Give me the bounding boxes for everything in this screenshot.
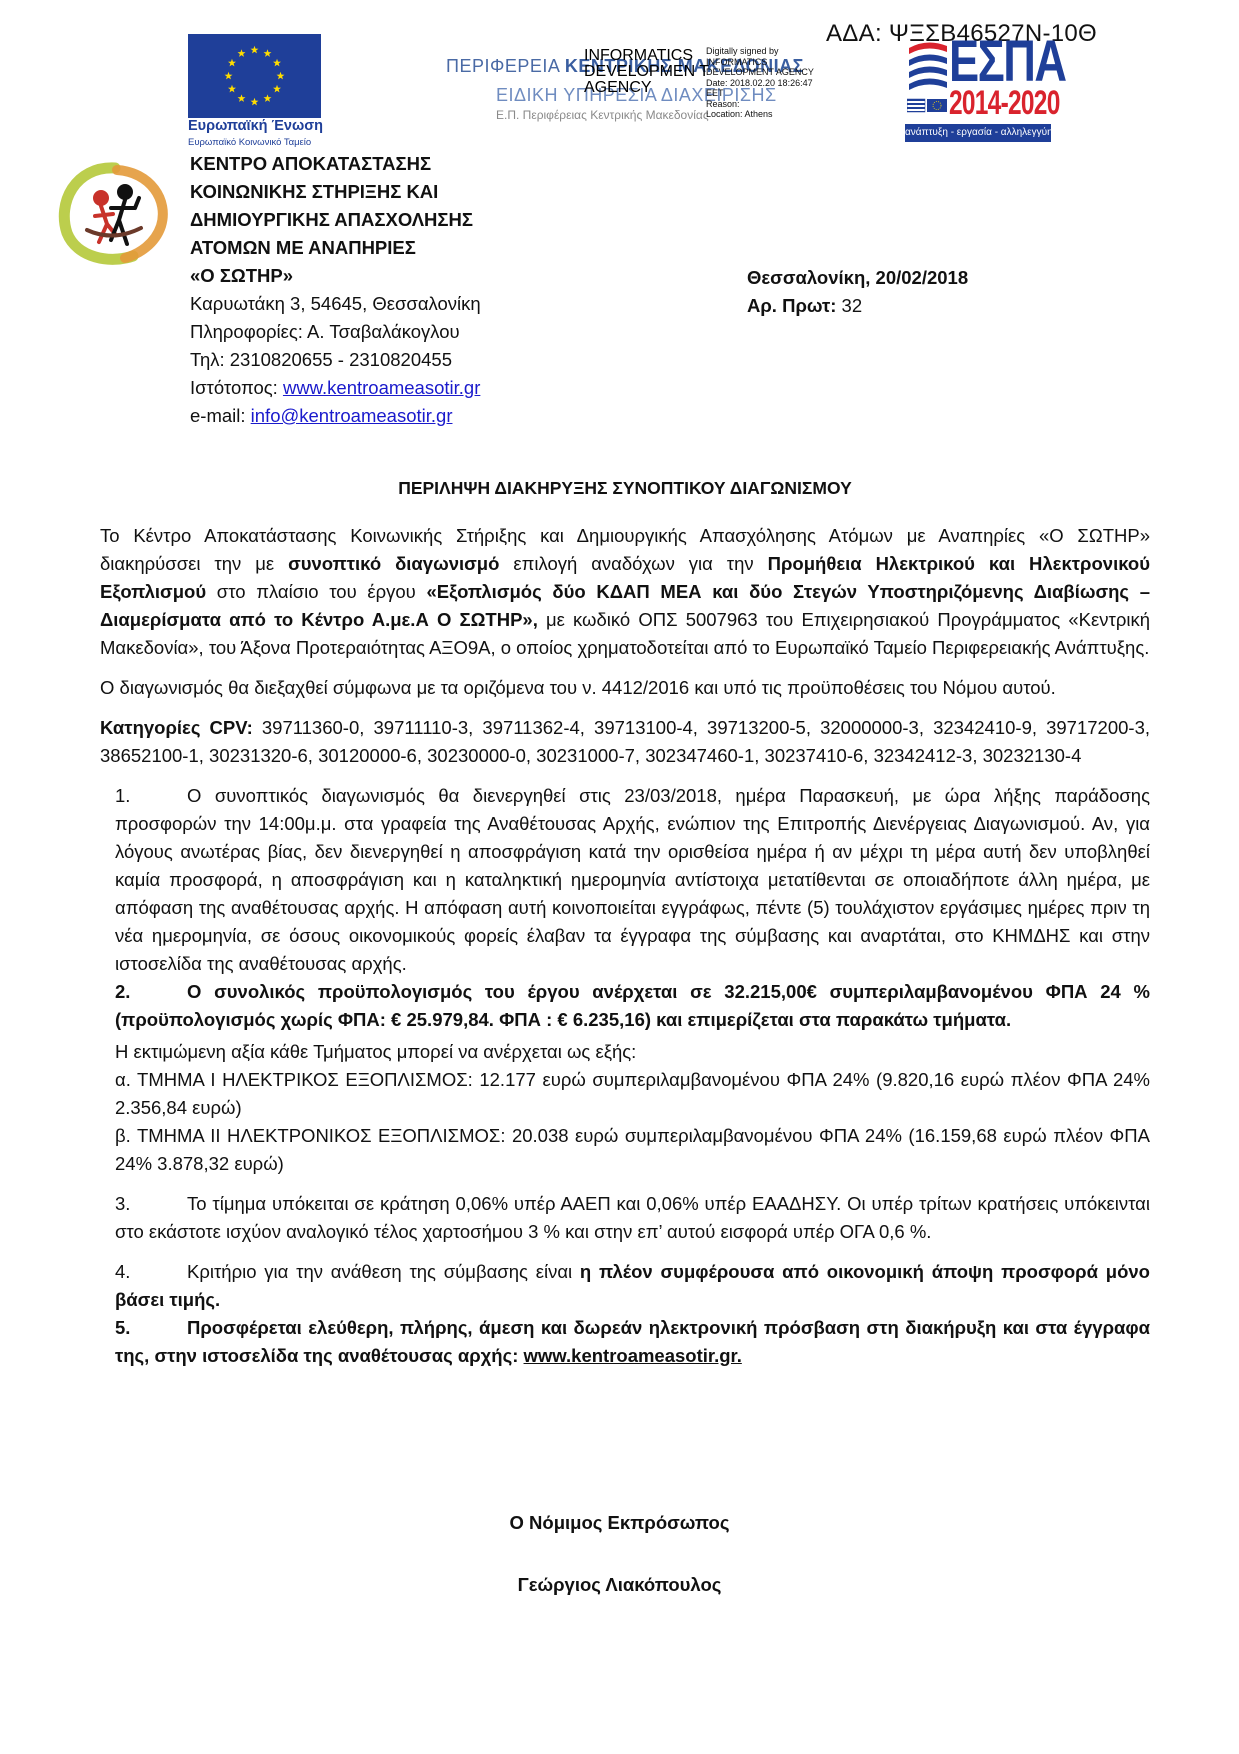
website-label: Ιστότοπος: bbox=[190, 377, 283, 398]
intro-bold: συνοπτικό διαγωνισμό bbox=[288, 553, 499, 574]
signature-line: Location: Athens bbox=[706, 109, 814, 120]
list-item-4: 4.Κριτήριο για την ανάθεση της σύμβασης … bbox=[100, 1258, 1150, 1314]
espa-logo: ΕΣΠΑ 2014-2020 ανάπτυξη - εργασία - αλλη… bbox=[905, 36, 1053, 142]
organization-contact-person: Πληροφορίες: Α. Τσαβαλάκογλου bbox=[190, 318, 640, 346]
eu-logo-subtitle: Ευρωπαϊκό Κοινωνικό Ταμείο bbox=[188, 137, 311, 148]
law-paragraph: Ο διαγωνισμός θα διεξαχθεί σύμφωνα με τα… bbox=[100, 674, 1150, 702]
list-item-5: 5.Προσφέρεται ελεύθερη, πλήρης, άμεση κα… bbox=[100, 1314, 1150, 1370]
lot-item: β. ΤΜΗΜΑ ΙΙ ΗΛΕΚΤΡΟΝΙΚΟΣ ΕΞΟΠΛΙΣΜΟΣ: 20.… bbox=[100, 1122, 1150, 1178]
document-title: ΠΕΡΙΛΗΨΗ ΔΙΑΚΗΡΥΞΗΣ ΣΥΝΟΠΤΙΚΟΥ ΔΙΑΓΩΝΙΣΜ… bbox=[100, 474, 1150, 502]
item-number: 5. bbox=[115, 1314, 187, 1342]
organization-address: Καρυωτάκη 3, 54645, Θεσσαλονίκη bbox=[190, 290, 640, 318]
cpv-label: Κατηγορίες CPV: bbox=[100, 717, 253, 738]
organization-logo bbox=[55, 158, 173, 268]
intro-paragraph: Το Κέντρο Αποκατάστασης Κοινωνικής Στήρι… bbox=[100, 522, 1150, 662]
email-label: e-mail: bbox=[190, 405, 251, 426]
item-number: 4. bbox=[115, 1258, 187, 1286]
intro-text: στο πλαίσιο του έργου bbox=[206, 581, 426, 602]
list-item-2: 2.Ο συνολικός προϋπολογισμός του έργου α… bbox=[100, 978, 1150, 1034]
date-protocol-block: Θεσσαλονίκη, 20/02/2018 Αρ. Πρωτ: 32 bbox=[747, 264, 968, 320]
signoff-role: Ο Νόμιμος Εκπρόσωπος bbox=[0, 1512, 1239, 1534]
organization-name-line: ΚΕΝΤΡΟ ΑΠΟΚΑΤΑΣΤΑΣΗΣ bbox=[190, 150, 640, 178]
lot-item: α. ΤΜΗΜΑ Ι ΗΛΕΚΤΡΙΚΟΣ ΕΞΟΠΛΙΣΜΟΣ: 12.177… bbox=[100, 1066, 1150, 1122]
organization-name-line: «Ο ΣΩΤΗΡ» bbox=[190, 262, 640, 290]
digital-signature-details: Digitally signed by INFORMATICS DEVELOPM… bbox=[706, 46, 814, 120]
item-text: Ο συνολικός προϋπολογισμός του έργου ανέ… bbox=[115, 981, 1150, 1030]
espa-logo-motto: ανάπτυξη - εργασία - αλληλεγγύη bbox=[905, 124, 1051, 142]
greek-flag-wave-icon bbox=[905, 38, 949, 98]
region-logo-line1: ΠΕΡΙΦΕΡΕΙΑ bbox=[446, 56, 565, 76]
signature-line: Reason: bbox=[706, 99, 814, 110]
website-link[interactable]: www.kentroameasotir.gr bbox=[283, 377, 480, 398]
email-link[interactable]: info@kentroameasotir.gr bbox=[251, 405, 453, 426]
list-item-1: 1.Ο συνοπτικός διαγωνισμός θα διενεργηθε… bbox=[100, 782, 1150, 978]
website-link[interactable]: www.kentroameasotir.gr. bbox=[524, 1345, 742, 1366]
greek-eu-flags-icon bbox=[907, 96, 949, 116]
item-number: 1. bbox=[115, 782, 187, 810]
organization-name-line: ΔΗΜΙΟΥΡΓΙΚΗΣ ΑΠΑΣΧΟΛΗΣΗΣ bbox=[190, 206, 640, 234]
intro-text: επιλογή αναδόχων για την bbox=[499, 553, 767, 574]
lots-intro: Η εκτιμώμενη αξία κάθε Τμήματος μπορεί ν… bbox=[100, 1038, 1150, 1066]
cpv-codes: 39711360-0, 39711110-3, 39711362-4, 3971… bbox=[100, 717, 1150, 766]
region-logo-line3: Ε.Π. Περιφέρειας Κεντρικής Μακεδονίας bbox=[496, 108, 709, 122]
item-text: Κριτήριο για την ανάθεση της σύμβασης εί… bbox=[187, 1261, 580, 1282]
signature-line: DEVELOPMENT AGENCY bbox=[706, 67, 814, 78]
espa-logo-years: 2014-2020 bbox=[949, 84, 1060, 123]
signoff-name: Γεώργιος Λιακόπουλος bbox=[0, 1574, 1239, 1596]
protocol-number: 32 bbox=[836, 295, 862, 316]
digital-signature-signer: INFORMATICS DEVELOPMEN T AGENCY bbox=[584, 48, 714, 96]
signature-line: EET bbox=[706, 88, 814, 99]
item-number: 3. bbox=[115, 1190, 187, 1218]
document-body: ΠΕΡΙΛΗΨΗ ΔΙΑΚΗΡΥΞΗΣ ΣΥΝΟΠΤΙΚΟΥ ΔΙΑΓΩΝΙΣΜ… bbox=[100, 474, 1150, 1370]
signature-line: Digitally signed by bbox=[706, 46, 814, 57]
item-number: 2. bbox=[115, 978, 187, 1006]
eu-flag-icon bbox=[188, 34, 321, 118]
organization-phone: Τηλ: 2310820655 - 2310820455 bbox=[190, 346, 640, 374]
item-text: Ο συνοπτικός διαγωνισμός θα διενεργηθεί … bbox=[115, 785, 1150, 974]
protocol-label: Αρ. Πρωτ: bbox=[747, 295, 836, 316]
item-text: Το τίμημα υπόκειται σε κράτηση 0,06% υπέ… bbox=[115, 1193, 1150, 1242]
organization-name-line: ΑΤΟΜΩΝ ΜΕ ΑΝΑΠΗΡΙΕΣ bbox=[190, 234, 640, 262]
eu-logo-title: Ευρωπαϊκή Ένωση bbox=[188, 118, 328, 134]
signature-line: INFORMATICS bbox=[706, 57, 814, 68]
cpv-paragraph: Κατηγορίες CPV: 39711360-0, 39711110-3, … bbox=[100, 714, 1150, 770]
organization-name-line: ΚΟΙΝΩΝΙΚΗΣ ΣΤΗΡΙΞΗΣ ΚΑΙ bbox=[190, 178, 640, 206]
organization-header: ΚΕΝΤΡΟ ΑΠΟΚΑΤΑΣΤΑΣΗΣ ΚΟΙΝΩΝΙΚΗΣ ΣΤΗΡΙΞΗΣ… bbox=[190, 150, 640, 430]
signature-line: Date: 2018.02.20 18:26:47 bbox=[706, 78, 814, 89]
list-item-3: 3.Το τίμημα υπόκειται σε κράτηση 0,06% υ… bbox=[100, 1190, 1150, 1246]
place-date: Θεσσαλονίκη, 20/02/2018 bbox=[747, 264, 968, 292]
